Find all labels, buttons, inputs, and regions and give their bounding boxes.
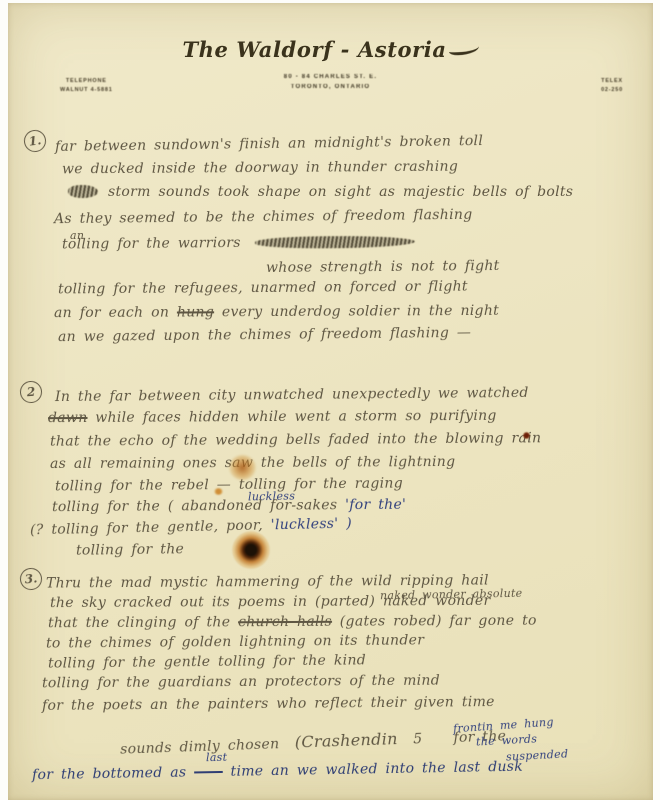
verse1-line2: we ducked inside the doorway in thunder …: [62, 159, 458, 178]
verse2-line8: tolling for the: [76, 541, 184, 559]
footer-line2-a: for the bottomed as: [32, 764, 194, 783]
verse1-line7: an for each on hung every underdog soldi…: [54, 303, 499, 321]
verse1-line3: storm sounds took shape on sight as maje…: [68, 184, 573, 200]
phone-block: TELEPHONE WALNUT 4-5881: [60, 77, 113, 95]
verse3-line7: for the poets an the painters who reflec…: [42, 694, 495, 714]
red-ink-speck: [523, 432, 530, 439]
telex-number: 02-250: [601, 86, 623, 95]
verse2-line7: (? tolling for the gentle, poor, 'luckle…: [30, 516, 352, 539]
footer-blue-frag2: the words: [476, 732, 538, 748]
verse2-number: 2: [19, 380, 42, 403]
orange-stain-speck: [214, 488, 223, 495]
verse1-line1: far between sundown's finish an midnight…: [55, 133, 483, 155]
verse1-line7-a: an for each on: [54, 305, 177, 322]
verse2-line1: In the far between city unwatched unexpe…: [55, 385, 529, 405]
verse2-line2-struck-word: dawn: [48, 410, 88, 426]
verse1-line6: tolling for the refugees, unarmed on for…: [58, 279, 468, 298]
verse3-line2-insert: naked wonder absolute: [380, 587, 523, 602]
verse2-line6: tolling for the ( abandoned for-sakes 'f…: [52, 497, 406, 515]
footer-line2-b: time an we walked into the last dusk: [223, 759, 524, 780]
verse1-line3-text: storm sounds took shape on sight as maje…: [108, 184, 573, 200]
verse1-line4: As they seemed to be the chimes of freed…: [54, 207, 473, 227]
verse2-line3: that the echo of the wedding bells faded…: [50, 430, 541, 449]
footer-line1: sounds dimly chosen (Crashendin 5 for th…: [120, 725, 507, 757]
verse2-line7-blue: 'luckless' ): [271, 516, 352, 534]
footer-line2-struck: ——: [194, 764, 223, 780]
telex-label: TELEX: [601, 77, 623, 86]
scanned-manuscript-page: The Waldorf - Astoria 80 - 84 CHARLES ST…: [0, 0, 660, 800]
footer-blue-insert: last: [206, 751, 228, 764]
verse2-line7-a: (? tolling for the gentle, poor,: [30, 517, 271, 538]
verse1-line8: an we gazed upon the chimes of freedom f…: [58, 325, 471, 345]
verse3-line4: to the chimes of golden lightning on its…: [46, 632, 424, 651]
footer-line1-a: sounds dimly chosen: [120, 736, 280, 758]
hotel-name-text: The Waldorf - Astoria: [182, 37, 446, 62]
footer-line1-c: 5: [413, 731, 423, 747]
hotel-name: The Waldorf - Astoria: [8, 37, 653, 62]
verse1-line5: tolling for the warriors: [62, 233, 415, 252]
cigarette-burn-hole: [232, 531, 270, 569]
verse2-line5: tolling for the rebel — tolling for the …: [55, 475, 403, 494]
phone-label: TELEPHONE: [60, 77, 113, 86]
verse3-line3: that the clinging of the church halls (g…: [48, 613, 537, 632]
verse1-line5-text: tolling for the warriors: [62, 235, 241, 253]
footer-line1-b: (Crashendin: [294, 729, 398, 752]
verse1-number: 1.: [23, 129, 47, 153]
verse1-line7-b: every underdog soldier in the night: [214, 303, 499, 320]
burn-mark-small: [229, 455, 256, 480]
phone-number: WALNUT 4-5881: [60, 86, 113, 95]
verse3-number: 3.: [19, 567, 43, 591]
verse2-line2: dawn while faces hidden while went a sto…: [48, 408, 497, 426]
verse1-line7-struck-word: hung: [177, 304, 214, 320]
letterhead-flourish-icon: [448, 42, 478, 55]
verse2-line6-blue: 'for the': [345, 497, 406, 513]
verse3-line6: tolling for the guardians an protectors …: [42, 673, 440, 692]
letterhead-paper: The Waldorf - Astoria 80 - 84 CHARLES ST…: [8, 3, 653, 800]
telex-block: TELEX 02-250: [601, 77, 623, 95]
footer-line2: for the bottomed as —— time an we walked…: [32, 759, 523, 784]
verse3-line3-b: (gates robed) far gone to: [332, 613, 537, 630]
verse3-line5: tolling for the gentle tolling for the k…: [48, 652, 366, 671]
verse1-line5-insert: whose strength is not to fight: [266, 258, 500, 276]
verse2-line6-a: tolling for the ( abandoned for-sakes: [52, 497, 345, 515]
scribbled-out-word: [68, 185, 98, 198]
verse3-line3-struck: church halls: [238, 614, 332, 630]
long-scribble: [255, 235, 415, 248]
verse2-line2-b: while faces hidden while went a storm so…: [87, 408, 496, 426]
verse3-line3-a: that the clinging of the: [48, 614, 238, 631]
